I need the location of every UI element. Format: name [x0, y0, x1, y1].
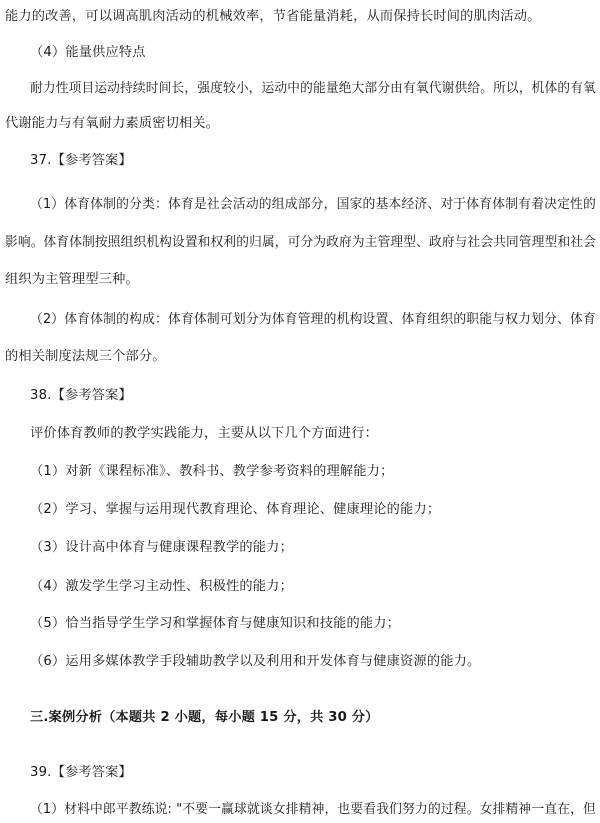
text-line: （4）激发学生学习主动性、积极性的能力； — [30, 578, 293, 596]
text-line: （2）学习、掌握与运用现代教育理论、体育理论、健康理论的能力； — [30, 501, 440, 519]
text-line: 能力的改善，可以调高肌肉活动的机械效率，节省能量消耗，从而保持长时间的肌肉活动。 — [5, 8, 541, 26]
answer-heading: 37.【参考答案】 — [30, 152, 132, 170]
text-line: 组织为主管理型三种。 — [5, 271, 139, 289]
text-line: 耐力性项目运动持续时间长，强度较小，运动中的能量绝大部分由有氧代谢供给。所以，机… — [30, 80, 596, 98]
text-line: 评价体育教师的教学实践能力，主要从以下几个方面进行： — [30, 425, 378, 443]
answer-heading: 38.【参考答案】 — [30, 387, 132, 405]
text-line: （1）材料中郎平教练说: "不要一赢球就谈女排精神，也要看我们努力的过程。女排精… — [30, 801, 596, 819]
text-line: （3）设计高中体育与健康课程教学的能力； — [30, 539, 293, 557]
text-line: （4）能量供应特点 — [30, 44, 146, 62]
answer-heading: 39.【参考答案】 — [30, 764, 132, 782]
text-line: 代谢能力与有氧耐力素质密切相关。 — [5, 115, 219, 133]
text-line: （6）运用多媒体教学手段辅助教学以及利用和开发体育与健康资源的能力。 — [30, 653, 480, 671]
section-heading: 三.案例分析（本题共 2 小题，每小题 15 分，共 30 分） — [30, 709, 379, 727]
text-line: 影响。体育体制按照组织机构设置和权利的归属，可分为政府为主管理型、政府与社会共同… — [5, 234, 596, 252]
text-line: （2）体育体制的构成：体育体制可划分为体育管理的机构设置、体育组织的职能与权力划… — [30, 311, 596, 329]
text-line: （1）体育体制的分类：体育是社会活动的组成部分，国家的基本经济、对于体育体制有着… — [30, 196, 596, 214]
text-line: （5）恰当指导学生学习和掌握体育与健康知识和技能的能力； — [30, 615, 400, 633]
text-line: 的相关制度法规三个部分。 — [5, 348, 166, 366]
text-line: （1）对新《课程标准》、教科书、教学参考资料的理解能力； — [30, 463, 393, 481]
